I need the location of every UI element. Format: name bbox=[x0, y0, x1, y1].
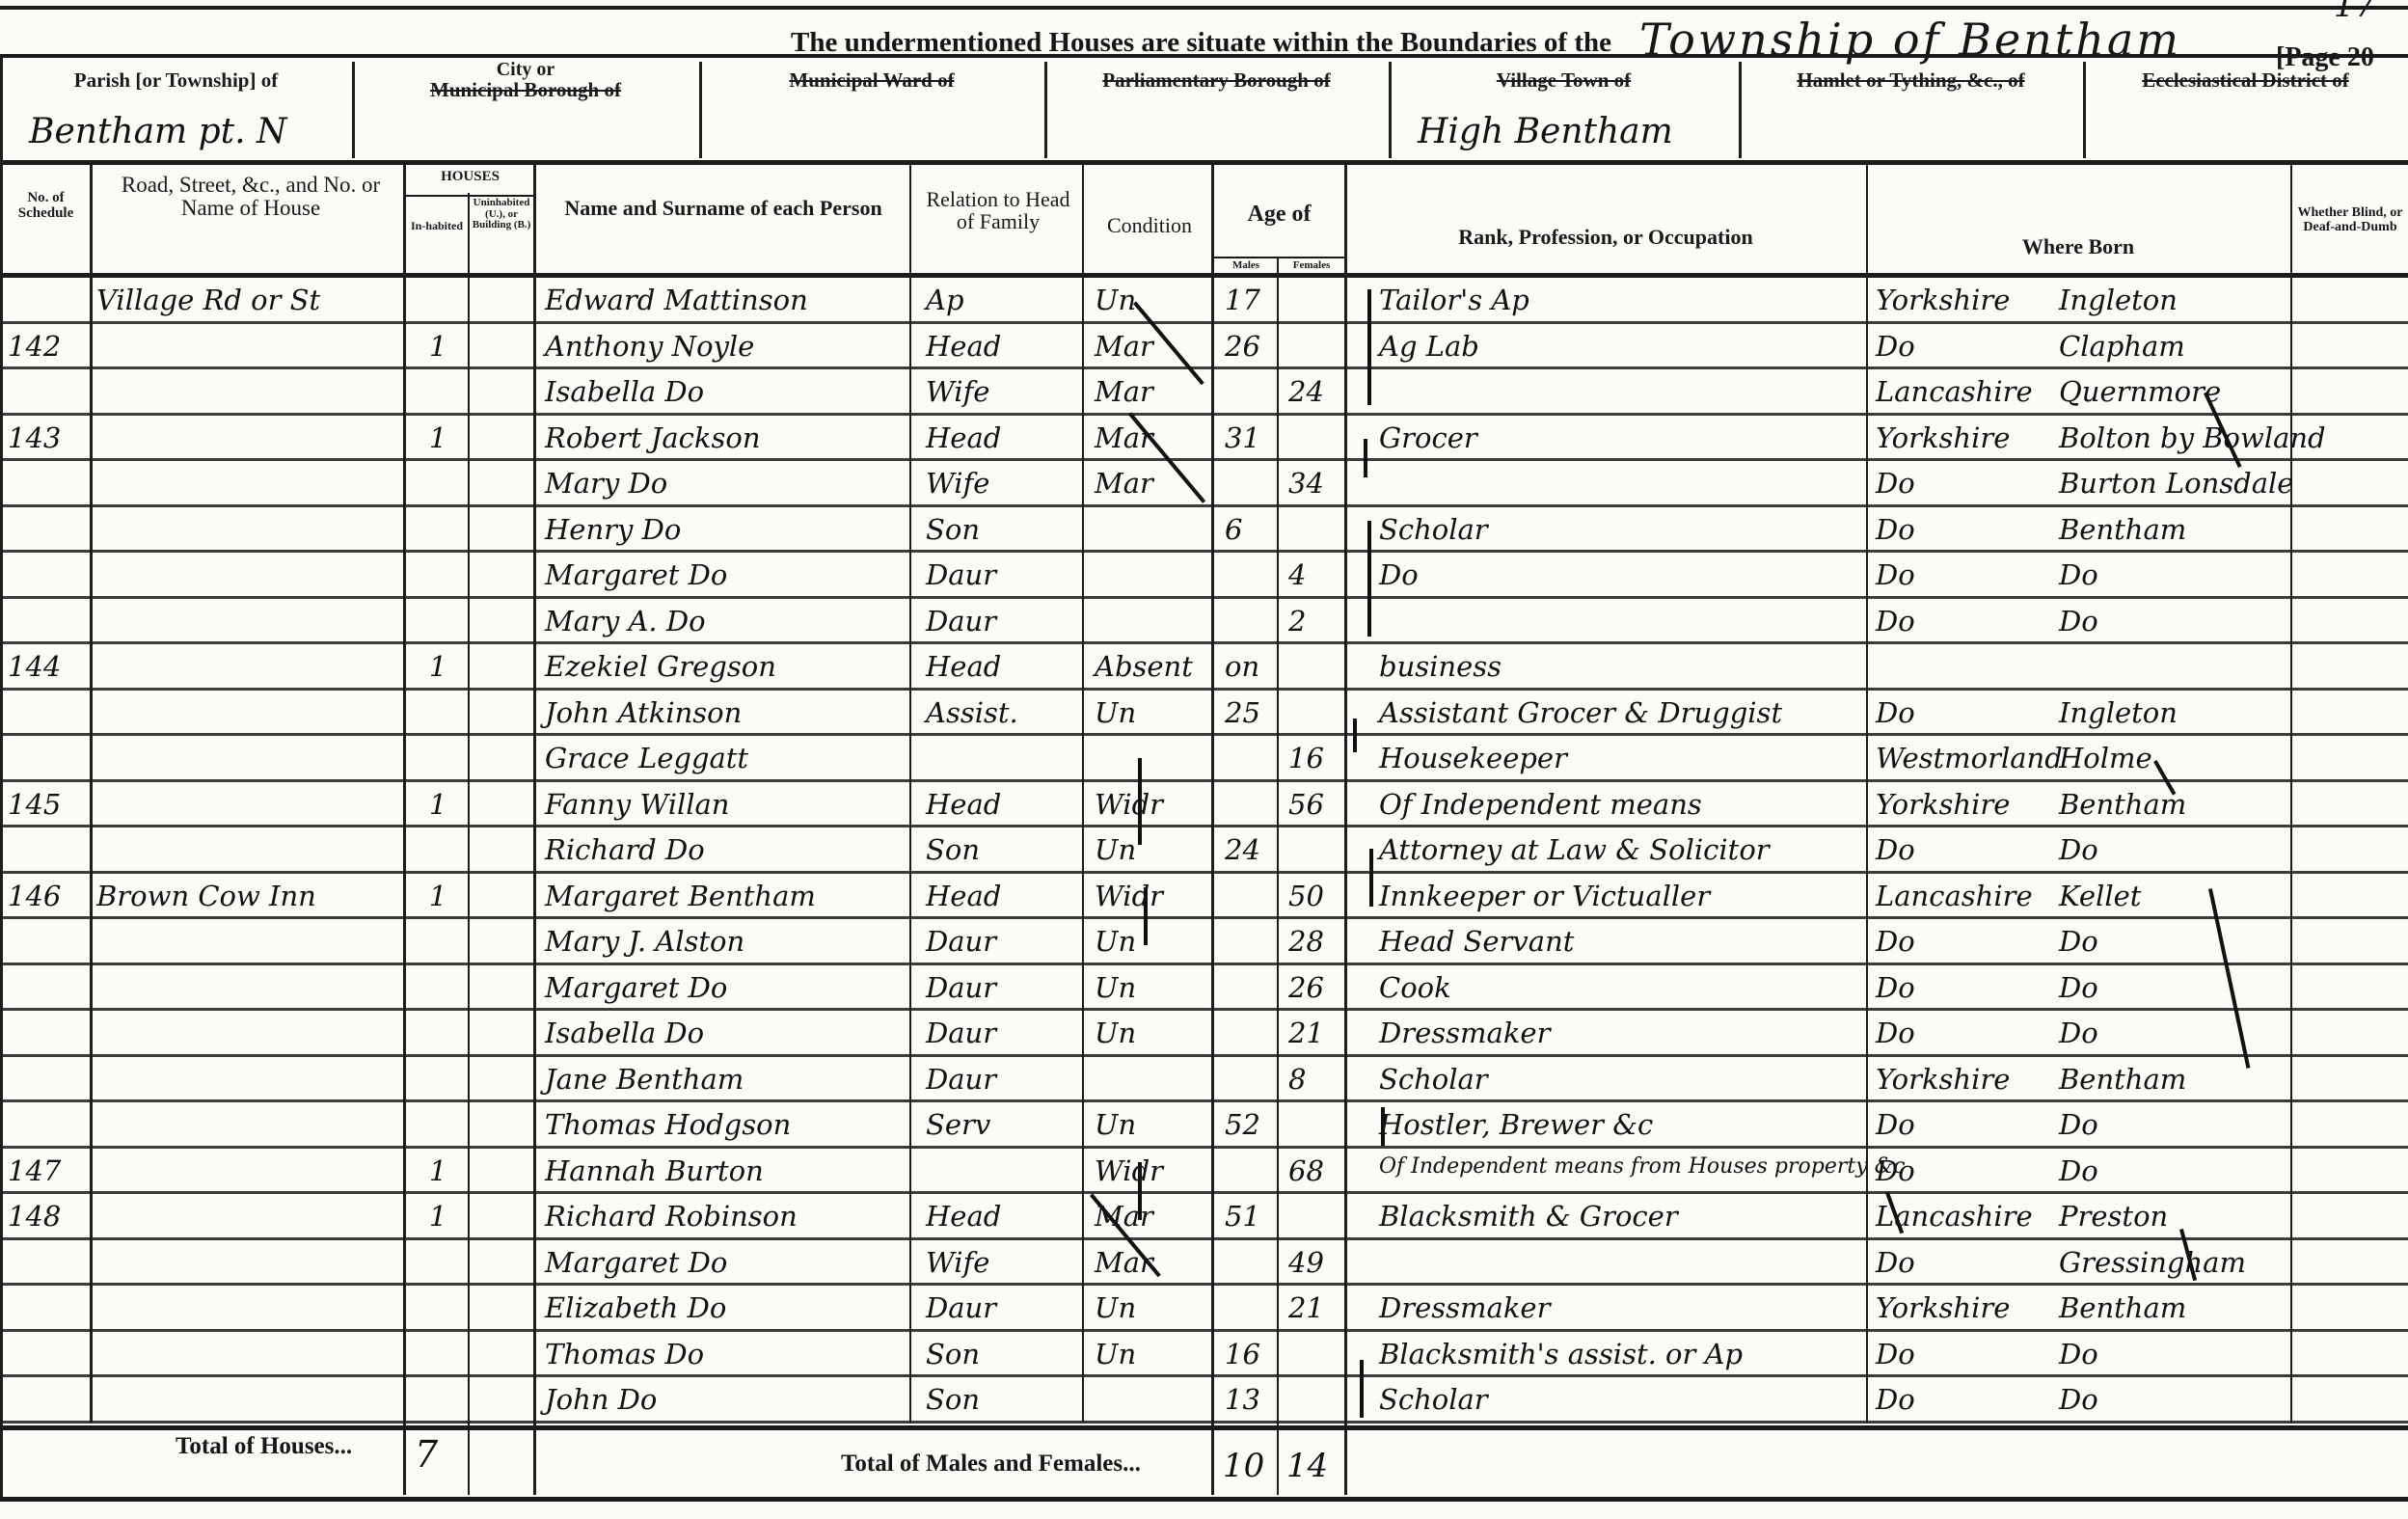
marital-condition: Un bbox=[1095, 1291, 1136, 1324]
table-row: Mary A. DoDaur2DoDo bbox=[0, 599, 2408, 643]
inhabited-count: 1 bbox=[429, 880, 446, 912]
marital-condition: Widr bbox=[1095, 880, 1163, 912]
rule-age bbox=[1213, 257, 1345, 258]
person-name: Robert Jackson bbox=[545, 421, 761, 454]
relation-to-head: Head bbox=[926, 330, 1001, 363]
born-place: Bentham bbox=[2059, 788, 2186, 821]
occupation: Innkeeper or Victualler bbox=[1379, 880, 1710, 912]
male-age: 52 bbox=[1225, 1108, 1260, 1141]
born-county: Do bbox=[1876, 1108, 1915, 1141]
header-field: Municipal Ward of bbox=[699, 58, 1044, 160]
marital-condition: Mar bbox=[1095, 421, 1153, 454]
relation-to-head: Daur bbox=[926, 1291, 996, 1324]
total-males-value: 10 bbox=[1223, 1447, 1264, 1485]
occupation: Scholar bbox=[1379, 1383, 1488, 1416]
occupation: Scholar bbox=[1379, 513, 1488, 546]
row-rule bbox=[0, 1421, 2408, 1424]
table-row: 1451Fanny WillanHeadWidr56Of Independent… bbox=[0, 782, 2408, 827]
schedule-number: 147 bbox=[8, 1154, 61, 1187]
header-field: Parish [or Township] ofBentham pt. N bbox=[0, 58, 352, 160]
relation-to-head: Serv bbox=[926, 1108, 990, 1141]
born-place: Do bbox=[2059, 605, 2098, 637]
born-place: Kellet bbox=[2059, 880, 2141, 912]
born-place: Do bbox=[2059, 971, 2098, 1004]
occupation: Assistant Grocer & Druggist bbox=[1379, 696, 1782, 729]
marital-condition: Un bbox=[1095, 925, 1136, 958]
marital-condition: Un bbox=[1095, 696, 1136, 729]
marital-condition: Widr bbox=[1095, 788, 1163, 821]
male-age: 31 bbox=[1225, 421, 1260, 454]
female-age: 2 bbox=[1288, 605, 1306, 637]
relation-to-head: Assist. bbox=[926, 696, 1018, 729]
born-place: Do bbox=[2059, 1383, 2098, 1416]
person-name: Ezekiel Gregson bbox=[545, 650, 776, 683]
relation-to-head: Daur bbox=[926, 558, 996, 591]
born-county: Do bbox=[1876, 605, 1915, 637]
relation-to-head: Wife bbox=[926, 467, 989, 500]
relation-to-head: Wife bbox=[926, 1246, 989, 1279]
female-age: 21 bbox=[1288, 1291, 1324, 1324]
female-age: 28 bbox=[1288, 925, 1324, 958]
born-place: Preston bbox=[2059, 1200, 2168, 1233]
male-age: 17 bbox=[1225, 284, 1260, 316]
header-field: Ecclesiastical District of bbox=[2083, 58, 2408, 160]
relation-to-head: Daur bbox=[926, 605, 996, 637]
person-name: Anthony Noyle bbox=[545, 330, 754, 363]
born-place: Bentham bbox=[2059, 513, 2186, 546]
person-name: Margaret Do bbox=[545, 558, 727, 591]
rule-top bbox=[0, 6, 2408, 10]
total-houses-value: 7 bbox=[415, 1433, 438, 1476]
born-place: Holme bbox=[2059, 742, 2152, 774]
header-field-value: High Bentham bbox=[1418, 112, 1673, 151]
condition-slash bbox=[1138, 1162, 1142, 1220]
occupation: Cook bbox=[1379, 971, 1451, 1004]
relation-to-head: Daur bbox=[926, 925, 996, 958]
tick-mark bbox=[1360, 1360, 1364, 1418]
schedule-number: 145 bbox=[8, 788, 61, 821]
col-inhabited: In-habited bbox=[407, 220, 467, 232]
male-age: 25 bbox=[1225, 696, 1260, 729]
person-name: Thomas Do bbox=[545, 1338, 704, 1370]
occupation: Dressmaker bbox=[1379, 1291, 1550, 1324]
relation-to-head: Son bbox=[926, 1338, 980, 1370]
born-county: Do bbox=[1876, 1246, 1915, 1279]
col-name: Name and Surname of each Person bbox=[550, 197, 897, 219]
male-age: 16 bbox=[1225, 1338, 1260, 1370]
marital-condition: Un bbox=[1095, 1108, 1136, 1141]
header-field-label: Municipal Borough of bbox=[352, 79, 699, 100]
born-place: Ingleton bbox=[2059, 696, 2178, 729]
born-place: Quernmore bbox=[2059, 375, 2221, 408]
table-row: Thomas HodgsonServUn52Hostler, Brewer &c… bbox=[0, 1102, 2408, 1147]
table-row: Elizabeth DoDaurUn21DressmakerYorkshireB… bbox=[0, 1286, 2408, 1330]
occupation: Attorney at Law & Solicitor bbox=[1379, 833, 1770, 866]
tick-mark bbox=[1381, 1107, 1385, 1146]
born-county: Yorkshire bbox=[1876, 1063, 2010, 1096]
occupation: Tailor's Ap bbox=[1379, 284, 1529, 316]
born-county: Do bbox=[1876, 1017, 1915, 1049]
born-place: Bentham bbox=[2059, 1291, 2186, 1324]
occupation: Blacksmith & Grocer bbox=[1379, 1200, 1678, 1233]
female-age: 4 bbox=[1288, 558, 1306, 591]
born-place: Burton Lonsdale bbox=[2059, 467, 2293, 500]
relation-to-head: Son bbox=[926, 833, 980, 866]
marital-condition: Mar bbox=[1095, 1200, 1153, 1233]
header-field: Hamlet or Tything, &c., of bbox=[1739, 58, 2083, 160]
table-row: 1471Hannah BurtonWidr68Of Independent me… bbox=[0, 1149, 2408, 1193]
occupation: Hostler, Brewer &c bbox=[1379, 1108, 1653, 1141]
col-born: Where Born bbox=[1871, 235, 2286, 258]
female-age: 34 bbox=[1288, 467, 1324, 500]
relation-to-head: Head bbox=[926, 650, 1001, 683]
person-name: Mary Do bbox=[545, 467, 667, 500]
born-county: Do bbox=[1876, 1383, 1915, 1416]
col-blind: Whether Blind, or Deaf-and-Dumb bbox=[2293, 206, 2407, 234]
header-field: City orMunicipal Borough of bbox=[352, 58, 699, 160]
header-field-label: Parliamentary Borough of bbox=[1044, 69, 1389, 91]
relation-to-head: Son bbox=[926, 513, 980, 546]
occupation: Of Independent means from Houses propert… bbox=[1379, 1154, 1906, 1179]
header-field-label: Hamlet or Tything, &c., of bbox=[1739, 69, 2083, 91]
header-field: Parliamentary Borough of bbox=[1044, 58, 1389, 160]
marital-condition: Un bbox=[1095, 284, 1136, 316]
female-age: 68 bbox=[1288, 1154, 1324, 1187]
person-name: Richard Robinson bbox=[545, 1200, 798, 1233]
table-row: 1481Richard RobinsonHeadMar51Blacksmith … bbox=[0, 1194, 2408, 1238]
person-name: Fanny Willan bbox=[545, 788, 730, 821]
table-row: Richard DoSonUn24Attorney at Law & Solic… bbox=[0, 827, 2408, 872]
person-name: Margaret Do bbox=[545, 971, 727, 1004]
person-name: Thomas Hodgson bbox=[545, 1108, 791, 1141]
born-place: Do bbox=[2059, 1338, 2098, 1370]
schedule-number: 148 bbox=[8, 1200, 61, 1233]
born-county: Yorkshire bbox=[1876, 788, 2010, 821]
born-place: Ingleton bbox=[2059, 284, 2178, 316]
born-county: Do bbox=[1876, 330, 1915, 363]
marital-condition: Absent bbox=[1095, 650, 1193, 683]
marital-condition: Un bbox=[1095, 971, 1136, 1004]
table-row: Isabella DoWifeMar24LancashireQuernmore bbox=[0, 369, 2408, 414]
born-county: Do bbox=[1876, 925, 1915, 958]
male-age: 6 bbox=[1225, 513, 1242, 546]
born-county: Do bbox=[1876, 467, 1915, 500]
female-age: 8 bbox=[1288, 1063, 1306, 1096]
road-name: Brown Cow Inn bbox=[96, 880, 316, 912]
table-row: Margaret DoWifeMar49DoGressingham bbox=[0, 1240, 2408, 1285]
col-road: Road, Street, &c., and No. or Name of Ho… bbox=[106, 174, 395, 220]
male-age: 51 bbox=[1225, 1200, 1260, 1233]
road-name: Village Rd or St bbox=[96, 284, 320, 316]
header-field-label: Village Town of bbox=[1389, 69, 1739, 91]
header-field-label: Municipal Ward of bbox=[699, 69, 1044, 91]
born-place: Do bbox=[2059, 1154, 2098, 1187]
table-row: Grace Leggatt16HousekeeperWestmorlandHol… bbox=[0, 736, 2408, 780]
table-row: Mary J. AlstonDaurUn28Head ServantDoDo bbox=[0, 919, 2408, 963]
col-houses: HOUSES bbox=[405, 170, 535, 185]
relation-to-head: Wife bbox=[926, 375, 989, 408]
rule-header-fields bbox=[0, 160, 2408, 165]
born-county: Yorkshire bbox=[1876, 1291, 2010, 1324]
col-females: Females bbox=[1280, 260, 1343, 272]
inhabited-count: 1 bbox=[429, 650, 446, 683]
inhabited-count: 1 bbox=[429, 1154, 446, 1187]
table-row: Village Rd or StEdward MattinsonApUn17Ta… bbox=[0, 278, 2408, 322]
rule-totals-top bbox=[0, 1425, 2408, 1430]
person-name: Jane Bentham bbox=[545, 1063, 744, 1096]
schedule-number: 142 bbox=[8, 330, 61, 363]
occupation: Grocer bbox=[1379, 421, 1477, 454]
col-age: Age of bbox=[1213, 203, 1345, 227]
relation-to-head: Daur bbox=[926, 1063, 996, 1096]
total-females-value: 14 bbox=[1286, 1447, 1328, 1485]
col-schedule: No. of Schedule bbox=[0, 191, 92, 222]
born-county: Lancashire bbox=[1876, 375, 2033, 408]
born-place: Do bbox=[2059, 558, 2098, 591]
born-county: Do bbox=[1876, 833, 1915, 866]
inhabited-count: 1 bbox=[429, 788, 446, 821]
tick-mark bbox=[1367, 521, 1371, 637]
person-name: John Atkinson bbox=[545, 696, 742, 729]
tick-mark bbox=[1369, 849, 1373, 907]
table-row: Jane BenthamDaur8ScholarYorkshireBentham bbox=[0, 1057, 2408, 1101]
table-row: 1441Ezekiel GregsonHeadAbsentonbusiness bbox=[0, 644, 2408, 689]
inhabited-count: 1 bbox=[429, 421, 446, 454]
table-row: Henry DoSon6ScholarDoBentham bbox=[0, 507, 2408, 552]
born-county: Do bbox=[1876, 558, 1915, 591]
born-place: Clapham bbox=[2059, 330, 2185, 363]
header-field: Village Town ofHigh Bentham bbox=[1389, 58, 1739, 160]
table-row: Thomas DoSonUn16Blacksmith's assist. or … bbox=[0, 1332, 2408, 1376]
relation-to-head: Ap bbox=[926, 284, 964, 316]
born-place: Bentham bbox=[2059, 1063, 2186, 1096]
relation-to-head: Head bbox=[926, 421, 1001, 454]
inhabited-count: 1 bbox=[429, 330, 446, 363]
marital-condition: Un bbox=[1095, 1017, 1136, 1049]
marital-condition: Widr bbox=[1095, 1154, 1163, 1187]
header-field-value: Bentham pt. N bbox=[29, 112, 287, 151]
table-row: 1431Robert JacksonHeadMar31GrocerYorkshi… bbox=[0, 416, 2408, 460]
born-county: Do bbox=[1876, 1154, 1915, 1187]
person-name: Isabella Do bbox=[545, 375, 704, 408]
person-name: Elizabeth Do bbox=[545, 1291, 726, 1324]
occupation: Housekeeper bbox=[1379, 742, 1567, 774]
occupation: Ag Lab bbox=[1379, 330, 1479, 363]
born-county: Do bbox=[1876, 1338, 1915, 1370]
header-field-label-top: City or bbox=[352, 60, 699, 80]
relation-to-head: Head bbox=[926, 1200, 1001, 1233]
marital-condition: Mar bbox=[1095, 375, 1153, 408]
born-county: Do bbox=[1876, 696, 1915, 729]
person-name: Margaret Do bbox=[545, 1246, 727, 1279]
relation-to-head: Head bbox=[926, 788, 1001, 821]
occupation: business bbox=[1379, 650, 1502, 683]
female-age: 50 bbox=[1288, 880, 1324, 912]
person-name: Isabella Do bbox=[545, 1017, 704, 1049]
person-name: John Do bbox=[545, 1383, 657, 1416]
relation-to-head: Daur bbox=[926, 971, 996, 1004]
schedule-number: 143 bbox=[8, 421, 61, 454]
occupation: Do bbox=[1379, 558, 1419, 591]
person-name: Mary A. Do bbox=[545, 605, 706, 637]
col-uninhabited: Uninhabited (U.), or Building (B.) bbox=[470, 198, 533, 231]
marital-condition: Un bbox=[1095, 833, 1136, 866]
person-name: Edward Mattinson bbox=[545, 284, 808, 316]
col-occupation: Rank, Profession, or Occupation bbox=[1350, 226, 1861, 248]
folio-mark: 17 bbox=[2334, 0, 2375, 25]
table-row: 1421Anthony NoyleHeadMar26Ag LabDoClapha… bbox=[0, 324, 2408, 368]
male-age: 13 bbox=[1225, 1383, 1260, 1416]
condition-slash bbox=[1144, 887, 1148, 945]
female-age: 16 bbox=[1288, 742, 1324, 774]
census-page: The undermentioned Houses are situate wi… bbox=[0, 0, 2408, 1519]
table-row: Margaret DoDaurUn26CookDoDo bbox=[0, 965, 2408, 1010]
marital-condition: Un bbox=[1095, 1338, 1136, 1370]
schedule-number: 146 bbox=[8, 880, 61, 912]
occupation: Dressmaker bbox=[1379, 1017, 1550, 1049]
male-age: 26 bbox=[1225, 330, 1260, 363]
table-row: John DoSon13ScholarDoDo bbox=[0, 1377, 2408, 1422]
condition-slash bbox=[1138, 758, 1142, 845]
rule-totals-bottom bbox=[0, 1497, 2408, 1502]
occupation: Of Independent means bbox=[1379, 788, 1702, 821]
total-houses-label: Total of Houses... bbox=[176, 1433, 352, 1460]
marital-condition: Mar bbox=[1095, 467, 1153, 500]
relation-to-head: Head bbox=[926, 880, 1001, 912]
marital-condition: Mar bbox=[1095, 330, 1153, 363]
female-age: 21 bbox=[1288, 1017, 1324, 1049]
tick-mark bbox=[1367, 289, 1371, 405]
header-field-label: Ecclesiastical District of bbox=[2083, 69, 2408, 91]
schedule-number: 144 bbox=[8, 650, 61, 683]
col-condition: Condition bbox=[1088, 214, 1211, 236]
tick-mark bbox=[1353, 719, 1357, 752]
female-age: 49 bbox=[1288, 1246, 1324, 1279]
total-persons-label: Total of Males and Females... bbox=[841, 1451, 1141, 1478]
rule-houses bbox=[405, 195, 535, 197]
table-row: John AtkinsonAssist.Un25Assistant Grocer… bbox=[0, 691, 2408, 735]
person-name: Mary J. Alston bbox=[545, 925, 744, 958]
male-age: on bbox=[1225, 650, 1259, 683]
born-county: Lancashire bbox=[1876, 880, 2033, 912]
born-place: Do bbox=[2059, 1108, 2098, 1141]
person-name: Hannah Burton bbox=[545, 1154, 764, 1187]
relation-to-head: Daur bbox=[926, 1017, 996, 1049]
male-age: 24 bbox=[1225, 833, 1260, 866]
inhabited-count: 1 bbox=[429, 1200, 446, 1233]
born-county: Yorkshire bbox=[1876, 421, 2010, 454]
female-age: 24 bbox=[1288, 375, 1324, 408]
born-county: Do bbox=[1876, 971, 1915, 1004]
table-row: Isabella DoDaurUn21DressmakerDoDo bbox=[0, 1011, 2408, 1055]
person-name: Margaret Bentham bbox=[545, 880, 816, 912]
relation-to-head: Son bbox=[926, 1383, 980, 1416]
occupation: Scholar bbox=[1379, 1063, 1488, 1096]
person-name: Richard Do bbox=[545, 833, 705, 866]
born-place: Do bbox=[2059, 1017, 2098, 1049]
table-row: Margaret DoDaur4DoDoDo bbox=[0, 553, 2408, 597]
table-row: 146Brown Cow Inn1Margaret BenthamHeadWid… bbox=[0, 874, 2408, 918]
born-place: Do bbox=[2059, 833, 2098, 866]
born-place: Do bbox=[2059, 925, 2098, 958]
person-name: Grace Leggatt bbox=[545, 742, 748, 774]
female-age: 26 bbox=[1288, 971, 1324, 1004]
tick-mark bbox=[1364, 439, 1367, 477]
col-males: Males bbox=[1215, 260, 1277, 272]
born-county: Yorkshire bbox=[1876, 284, 2010, 316]
born-county: Do bbox=[1876, 513, 1915, 546]
female-age: 56 bbox=[1288, 788, 1324, 821]
person-name: Henry Do bbox=[545, 513, 681, 546]
born-place: Gressingham bbox=[2059, 1246, 2246, 1279]
col-relation: Relation to Head of Family bbox=[916, 188, 1080, 232]
header-field-label: Parish [or Township] of bbox=[0, 69, 352, 91]
occupation: Blacksmith's assist. or Ap bbox=[1379, 1338, 1743, 1370]
born-place: Bolton by Bowland bbox=[2059, 421, 2326, 454]
occupation: Head Servant bbox=[1379, 925, 1574, 958]
born-county: Westmorland bbox=[1876, 742, 2063, 774]
